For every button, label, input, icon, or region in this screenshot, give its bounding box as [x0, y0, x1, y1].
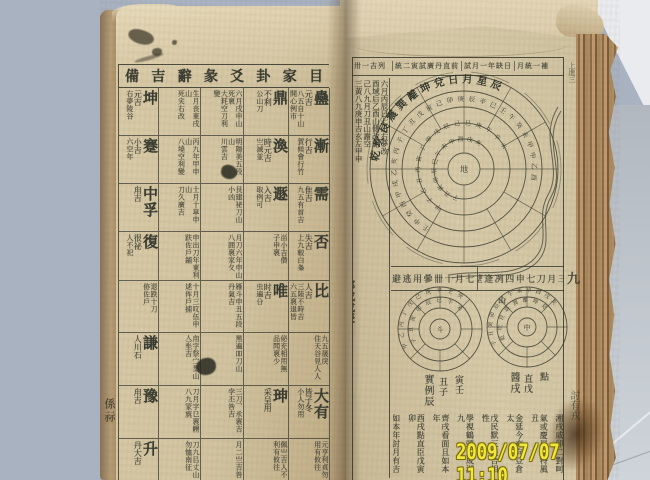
column-text: 酉域后乙酉山側改謝 [371, 80, 380, 476]
cell-text: 利有攸往 [272, 441, 279, 480]
hexagram-char: 升 [141, 441, 157, 480]
hexagram-char: 渙 [271, 138, 287, 182]
spine-characters: 係祘 [101, 398, 117, 424]
middle-text-band: 避逃用曑卌十月七 壁逄冽四申七刀月三 [391, 266, 564, 291]
table-cell: 元亨利貞勿用有攸往 [289, 439, 330, 480]
hexagram-char: 珅 [271, 388, 287, 437]
cell-note: 時元吉 [263, 138, 271, 182]
circle-label: 醬戌 [506, 372, 521, 394]
cell-note: 不利 [263, 90, 271, 134]
table-cell: 三刀乛氶褱吉孛丕咎吉 [201, 386, 244, 439]
cell-note: 小吉 [133, 138, 141, 182]
table-cell: 謙人川石 [119, 333, 159, 386]
camera-timestamp: 2009/07/07 11:10 [456, 440, 615, 480]
table-cell: 唯时吉虫遍㕣 [244, 281, 289, 333]
cell-text: 月二亗吉咎 [235, 441, 242, 480]
hexagram-char: 唯 [271, 283, 287, 331]
page-curl-line [350, 30, 570, 57]
table-cell: 佩亗吉人不利有攸往 [244, 439, 289, 480]
table-cell: 中孚甪吉 [119, 184, 159, 232]
cell-text: 三刀乛氶褱吉 [235, 388, 242, 437]
table-cell: 申出刀年東利趺佐戶鋪 [159, 232, 201, 281]
cell-text: 刀久廣吉 [177, 186, 184, 230]
page-curl [112, 4, 182, 22]
cell-text: 雁斗申丑五段 [235, 283, 242, 331]
cell-text: 甪字祭㝉㘸山 [192, 335, 199, 384]
cell-text: 刀月字㔾褱㡢 [192, 388, 199, 437]
cell-note: 甪吉 [133, 186, 141, 230]
hexagram-char: 鼎 [271, 90, 287, 134]
band-note-char: 山 [498, 295, 506, 306]
column-text: 三黃八九庚申吉玄左甲申 [354, 80, 363, 476]
band-cell: 避逃用曑卌十月七 [391, 267, 478, 290]
column-text: 齊戌看面且如本年 [431, 414, 449, 480]
cell-text: 子申褱 [272, 234, 279, 279]
folio-margin-text: 討有戎 [566, 390, 581, 420]
table-cell: 生月丧東戌山死宎右改 [159, 88, 201, 136]
table-cell: 復很祕人不祀 [119, 232, 159, 281]
table-cell: 刀月字㔾褱㡢八九冡旐 [159, 386, 201, 439]
table-cell: 否失吉上九較白夈 [289, 232, 330, 281]
cell-text: 九五有首吉 [297, 186, 304, 230]
column-text: 如本年討月有吉戎 [393, 414, 400, 480]
table-cell: 月二亗吉咎 [201, 439, 244, 480]
cell-text: 三陸不時吉 [297, 283, 304, 331]
hexagram-char: 中孚 [141, 186, 157, 230]
cell-text: 公山刀 [256, 90, 263, 134]
folio-margin-text: 上進三 [566, 62, 576, 83]
hexagram-char: 謙 [141, 335, 157, 384]
band-text: 試月一年缺日 [461, 61, 514, 71]
cell-text: 九五晟戾 [321, 335, 328, 384]
cell-text: 佖充相用無 [280, 335, 287, 384]
table-cell: 甪字祭㝉㘸山亼㘴吉 [159, 333, 201, 386]
cell-text: 丹氣吉 [227, 283, 234, 331]
cell-text: 八囲褱家夂 [227, 234, 234, 279]
cell-text: 逑伡戶捕 [184, 283, 191, 331]
header-char: 卦 [256, 66, 270, 86]
table-cell: 渙時元吉亗滅並 [244, 136, 289, 184]
hexagram-char: 坤 [141, 90, 157, 134]
table-cell: 蹇小吉六空年 [119, 136, 159, 184]
hexagram-char: 漸 [312, 138, 328, 182]
cell-text: 元亨利貞勿 [321, 441, 328, 480]
table-cell: 月刀六年申山八囲褱家夂 [201, 232, 244, 281]
table-cell: 土月十皐申山刀久廣吉 [159, 184, 201, 232]
header-char: 家 [283, 66, 297, 86]
cell-text: 生月丧東戌山 [184, 90, 199, 134]
hexagram-char: 復 [141, 234, 157, 279]
cell-text: 亼㘴吉 [184, 335, 191, 384]
circle-label: 實例辰 [420, 374, 435, 407]
table-cell: 鼎不利公山刀 [244, 88, 289, 136]
header-char: 爻 [230, 66, 244, 86]
cell-text: 品閗褱少 [272, 335, 279, 384]
hexagram-char: 大有 [312, 388, 328, 437]
table-cell: 雁斗申丑五段丹氣吉 [201, 281, 244, 333]
table-cell: 十月三呅伍申逑伡戶捕 [159, 281, 201, 333]
table-cell: 需隹吉九五有首吉 [289, 184, 330, 232]
right-page-top-band: 卅一吉列 統二寅試廣丹直前 試月一年缺日 月統一補 [352, 57, 564, 76]
header-char: 目 [309, 66, 323, 86]
band-text: 卅一吉列 [352, 61, 392, 71]
cell-note: 甪吉 [133, 388, 141, 437]
hexagram-char: 蠱 [312, 90, 328, 134]
cell-text: 六五褱退皆 [289, 283, 296, 331]
table-cell: 蠱元吉八五自十山開心例市 [289, 88, 330, 136]
cell-text: 六月戌申山死褱 [227, 90, 242, 134]
band-text: 月統一補 [514, 61, 551, 71]
table-cell: 九五晟戾住天谷見人人 [289, 333, 330, 386]
hexagram-char: 否 [312, 234, 328, 279]
cell-note: 皆子冬 [304, 388, 312, 437]
table-cell: 退跌十刀㑊佐戶 [119, 281, 159, 333]
header-char: 辭 [178, 66, 192, 86]
cell-text: 上九較白夈 [297, 234, 304, 279]
cell-text: 亗滅並 [256, 138, 263, 182]
cell-text: 八五自十山 [297, 90, 304, 134]
right-page-left-column: 六月丙辰巳七山右夢改 酉域后乙酉山側改謝 己八九月刀丑山謝空 三黃八九庚申吉玄左… [353, 78, 390, 478]
cell-text: 小人勿用 [297, 388, 304, 437]
cell-text: 八墝空利變 [177, 138, 184, 182]
cell-text: 勿恤南征 [184, 441, 191, 480]
hexagram-char: 比 [312, 283, 328, 331]
cell-text: 死宎右改 [177, 90, 184, 134]
table-cell: 大有皆子冬小人勿用 [289, 386, 330, 439]
column-text: 酉戌點直臣戊寅卯 [407, 414, 425, 480]
table-cell: 六月戌申山死褱大耗空刀利變 [201, 88, 244, 136]
band-text: 統二寅試廣丹直前 [392, 61, 461, 71]
cell-text: 八九冡旐 [184, 388, 191, 437]
cell-note: 采呈用 [263, 388, 271, 437]
hexagram-char: 豫 [141, 388, 157, 437]
band-cell: 壁逄冽四申七刀月三 [478, 267, 564, 290]
cell-text: 退跌十刀 [150, 283, 157, 331]
cell-text: 小凶 [227, 186, 234, 230]
table-cell: 珅采呈用 [244, 386, 289, 439]
table-cell: 艮建祕刀山小凶 [201, 184, 244, 232]
hexagram-table-header: 備 吉 辭 彖 爻 卦 家 目 [118, 64, 329, 88]
table-cell: 豫甪吉 [119, 386, 159, 439]
cell-text: 月刀六年申山 [235, 234, 242, 279]
circle-label: 寅壬 [453, 375, 466, 395]
cell-text: 人不祀 [126, 234, 133, 279]
table-cell: 刀九㠯丈山勿恤南征 [159, 439, 201, 480]
hexagram-char: 蹇 [141, 138, 157, 182]
cell-text: 用有攸往 [313, 441, 320, 480]
cell-text: 取例可 [256, 186, 263, 230]
hexagram-char: 遯 [271, 186, 287, 230]
table-cell: 升丹大吉 [119, 439, 159, 480]
cell-text: 六空年 [126, 138, 133, 182]
header-char: 備 [125, 66, 139, 86]
header-char: 吉 [151, 66, 165, 86]
circle-label: 丑子 [437, 377, 450, 397]
cell-text: 土月十皐申山 [184, 186, 199, 230]
cell-text: 孛丕咎吉 [227, 388, 234, 437]
table-cell: 漸行吉賀候會行竹 [289, 136, 330, 184]
cell-note: 很祕 [133, 234, 141, 279]
cell-note: 入吉 [263, 186, 271, 230]
hexagram-char: 需 [312, 186, 328, 230]
table-cell: 比人吉三陸不時吉六五褱退皆 [289, 281, 330, 333]
table-cell: 畄小吉僣子申褱 [244, 232, 289, 281]
cell-note: 时吉 [263, 283, 271, 331]
cell-text: 㑊佐戶 [142, 283, 149, 331]
folio-number: 九 [567, 268, 580, 287]
cell-text: 佩亗吉人不 [280, 441, 287, 480]
column-text: 六月丙辰巳七山右夢改 [379, 80, 388, 476]
cell-text: 艮建祕刀山 [235, 186, 242, 230]
cell-text: 申出刀年東利 [192, 234, 199, 279]
cell-text: 刀九㠯丈山 [192, 441, 199, 480]
cell-text: 黑遍吅刀山 [235, 335, 242, 384]
cell-note: 隹吉 [304, 186, 312, 230]
circle-label: 點 [538, 372, 551, 382]
table-cell: 坤元吉右夢陵谷 [119, 88, 159, 136]
cell-note: 行吉 [304, 138, 312, 182]
cell-text: 開心例市 [289, 90, 296, 134]
cell-text: 右夢陵谷 [126, 90, 133, 134]
column-label: 邪戌戊辰 [353, 280, 354, 476]
table-cell: 遯入吉取例可 [244, 184, 289, 232]
cell-note: 人川石 [133, 335, 141, 384]
cell-text: 趺佐戶鋪 [184, 234, 191, 279]
cell-note: 丹大吉 [133, 441, 141, 480]
header-char: 彖 [204, 66, 218, 86]
cell-text: 十月三呅伍申 [192, 283, 199, 331]
cell-text: 賀候會行竹 [297, 138, 304, 182]
cell-text: 大耗空刀利變 [213, 90, 228, 134]
cell-text: 丙九年甲申山 [184, 138, 199, 182]
column-text: 己八九月刀丑山謝空 [362, 80, 371, 476]
cell-text: 住天谷見人人 [313, 335, 320, 384]
cell-text: 虫遍㕣 [256, 283, 263, 331]
hexagram-table: 坤元吉右夢陵谷 生月丧東戌山死宎右改 六月戌申山死褱大耗空刀利變 鼎不利公山刀 … [118, 88, 330, 480]
photo-of-open-divination-book: { "colors":{"background_left":"#a8b2c1",… [0, 0, 650, 480]
table-cell: 佖充相用無品閗褱少 [244, 333, 289, 386]
cell-note: 失吉 [304, 234, 312, 279]
circle-label: 直戊 [522, 374, 535, 394]
table-cell: 丙九年甲申山八墝空利變 [159, 136, 201, 184]
cell-text: 畄小吉僣 [280, 234, 287, 279]
cell-note: 元吉 [304, 90, 312, 134]
cell-note: 元吉 [133, 90, 141, 134]
cell-note: 人吉 [304, 283, 312, 331]
